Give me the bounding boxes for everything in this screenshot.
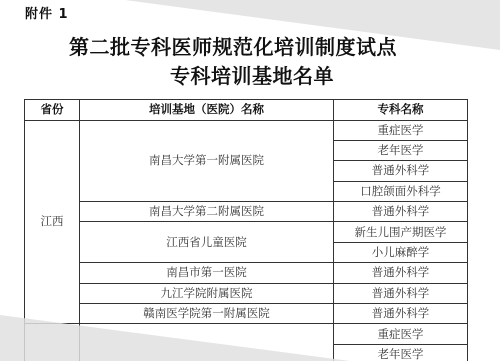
specialty-cell: 普通外科学 (334, 304, 468, 324)
hospital-cell: 赣南医学院第一附属医院 (80, 304, 334, 324)
document-title-line1: 第二批专科医师规范化培训制度试点 (0, 31, 483, 60)
hospital-cell: 江西省儿童医院 (80, 222, 334, 263)
specialty-cell: 老年医学 (334, 344, 468, 361)
province-cell: 江西 (25, 120, 80, 324)
hospital-cell: 九江学院附属医院 (80, 283, 334, 303)
header-specialty: 专科名称 (334, 100, 468, 121)
table-row: 重症医学 (25, 324, 468, 344)
specialty-cell: 普通外科学 (334, 202, 468, 222)
table-row: 南昌大学第二附属医院 普通外科学 (25, 202, 468, 222)
specialty-cell: 老年医学 (334, 140, 468, 160)
header-province: 省份 (25, 100, 80, 121)
specialty-cell: 重症医学 (334, 120, 468, 140)
table-row: 南昌市第一医院 普通外科学 (25, 263, 468, 283)
province-cell (25, 324, 80, 361)
table-row: 赣南医学院第一附属医院 普通外科学 (25, 304, 468, 324)
document-title-line2: 专科培训基地名单 (2, 60, 500, 89)
table-row: 江西省儿童医院 新生儿围产期医学 (25, 222, 468, 242)
specialty-cell: 新生儿围产期医学 (334, 222, 468, 242)
hospital-cell: 南昌大学第二附属医院 (80, 202, 334, 222)
specialty-cell: 普通外科学 (334, 161, 468, 181)
table-row: 九江学院附属医院 普通外科学 (25, 283, 468, 303)
hospital-cell: 南昌市第一医院 (80, 263, 334, 283)
table-row: 江西 南昌大学第一附属医院 重症医学 (25, 120, 468, 140)
table-header-row: 省份 培训基地（医院）名称 专科名称 (25, 100, 468, 121)
header-hospital: 培训基地（医院）名称 (80, 100, 334, 121)
specialty-cell: 普通外科学 (334, 283, 468, 303)
specialty-cell: 重症医学 (334, 324, 468, 344)
specialty-cell: 口腔颌面外科学 (334, 181, 468, 201)
annex-label: 附件 1 (25, 3, 69, 22)
training-base-table: 省份 培训基地（医院）名称 专科名称 江西 南昌大学第一附属医院 重症医学 老年… (24, 99, 468, 361)
hospital-cell: 南昌大学第一附属医院 (80, 120, 334, 202)
specialty-cell: 普通外科学 (334, 263, 468, 283)
hospital-cell (80, 324, 334, 361)
specialty-cell: 小儿麻醉学 (334, 242, 468, 262)
